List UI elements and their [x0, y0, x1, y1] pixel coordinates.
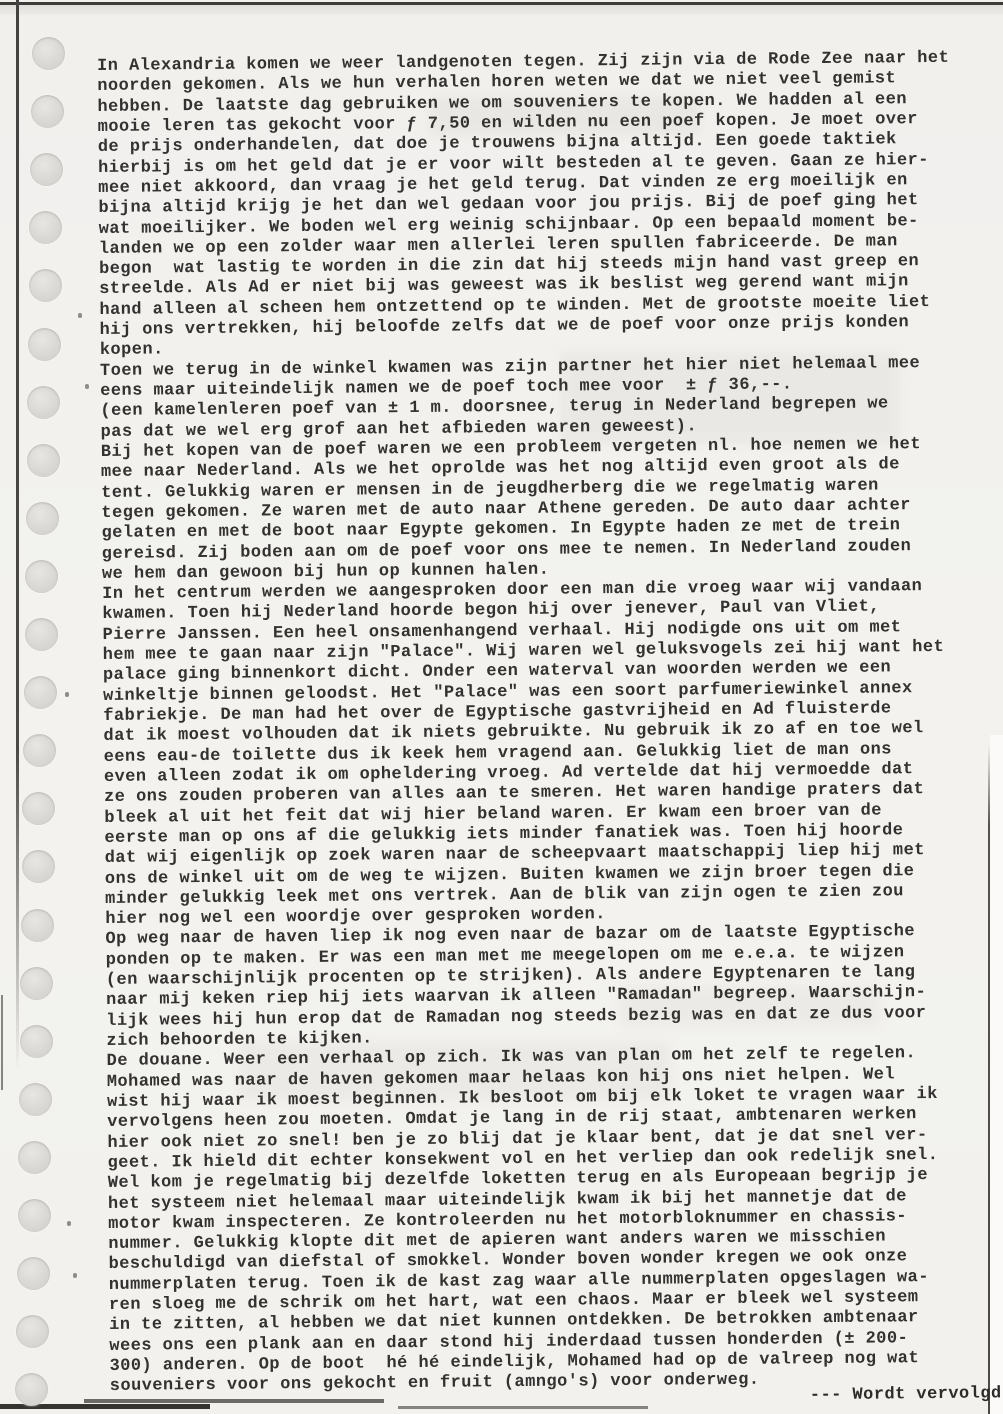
- scan-speck: [73, 1273, 77, 1278]
- scan-edge-bottom: [398, 1406, 648, 1409]
- binder-hole: [29, 269, 62, 302]
- binder-hole: [23, 734, 56, 767]
- scan-edge-bottom: [84, 1399, 384, 1403]
- binder-hole: [31, 95, 64, 128]
- binder-hole: [15, 1373, 48, 1406]
- binder-hole: [22, 792, 55, 825]
- binder-holes: [0, 0, 90, 1414]
- binder-hole: [24, 676, 57, 709]
- binder-hole: [19, 1083, 52, 1116]
- binder-hole: [18, 1199, 51, 1232]
- binder-hole: [18, 1141, 51, 1174]
- scan-speck: [65, 692, 69, 697]
- scan-speck: [78, 313, 82, 318]
- binder-hole: [16, 1315, 49, 1348]
- binder-hole: [29, 211, 62, 244]
- binder-hole: [20, 1025, 53, 1058]
- binder-hole: [22, 850, 55, 883]
- binder-hole: [17, 1257, 50, 1290]
- binder-hole: [26, 502, 59, 535]
- scan-speck: [67, 1221, 71, 1226]
- continuation-note: --- Wordt vervolgd ---: [810, 1384, 1003, 1407]
- binder-hole: [30, 153, 63, 186]
- binder-hole: [28, 328, 61, 361]
- scanned-page: --- Wordt vervolgd --- In Alexandria kom…: [0, 0, 1003, 1414]
- binder-hole: [25, 560, 58, 593]
- binder-hole: [27, 444, 60, 477]
- typewritten-text: --- Wordt vervolgd --- In Alexandria kom…: [97, 49, 990, 1398]
- scan-speck: [85, 384, 89, 389]
- binder-hole: [27, 386, 60, 419]
- binder-hole: [21, 909, 54, 942]
- binder-hole: [25, 618, 58, 651]
- scan-edge-top-shadow: [0, 5, 1003, 15]
- binder-hole: [20, 967, 53, 1000]
- binder-hole: [32, 37, 65, 70]
- scan-margin-right: [990, 735, 1003, 1414]
